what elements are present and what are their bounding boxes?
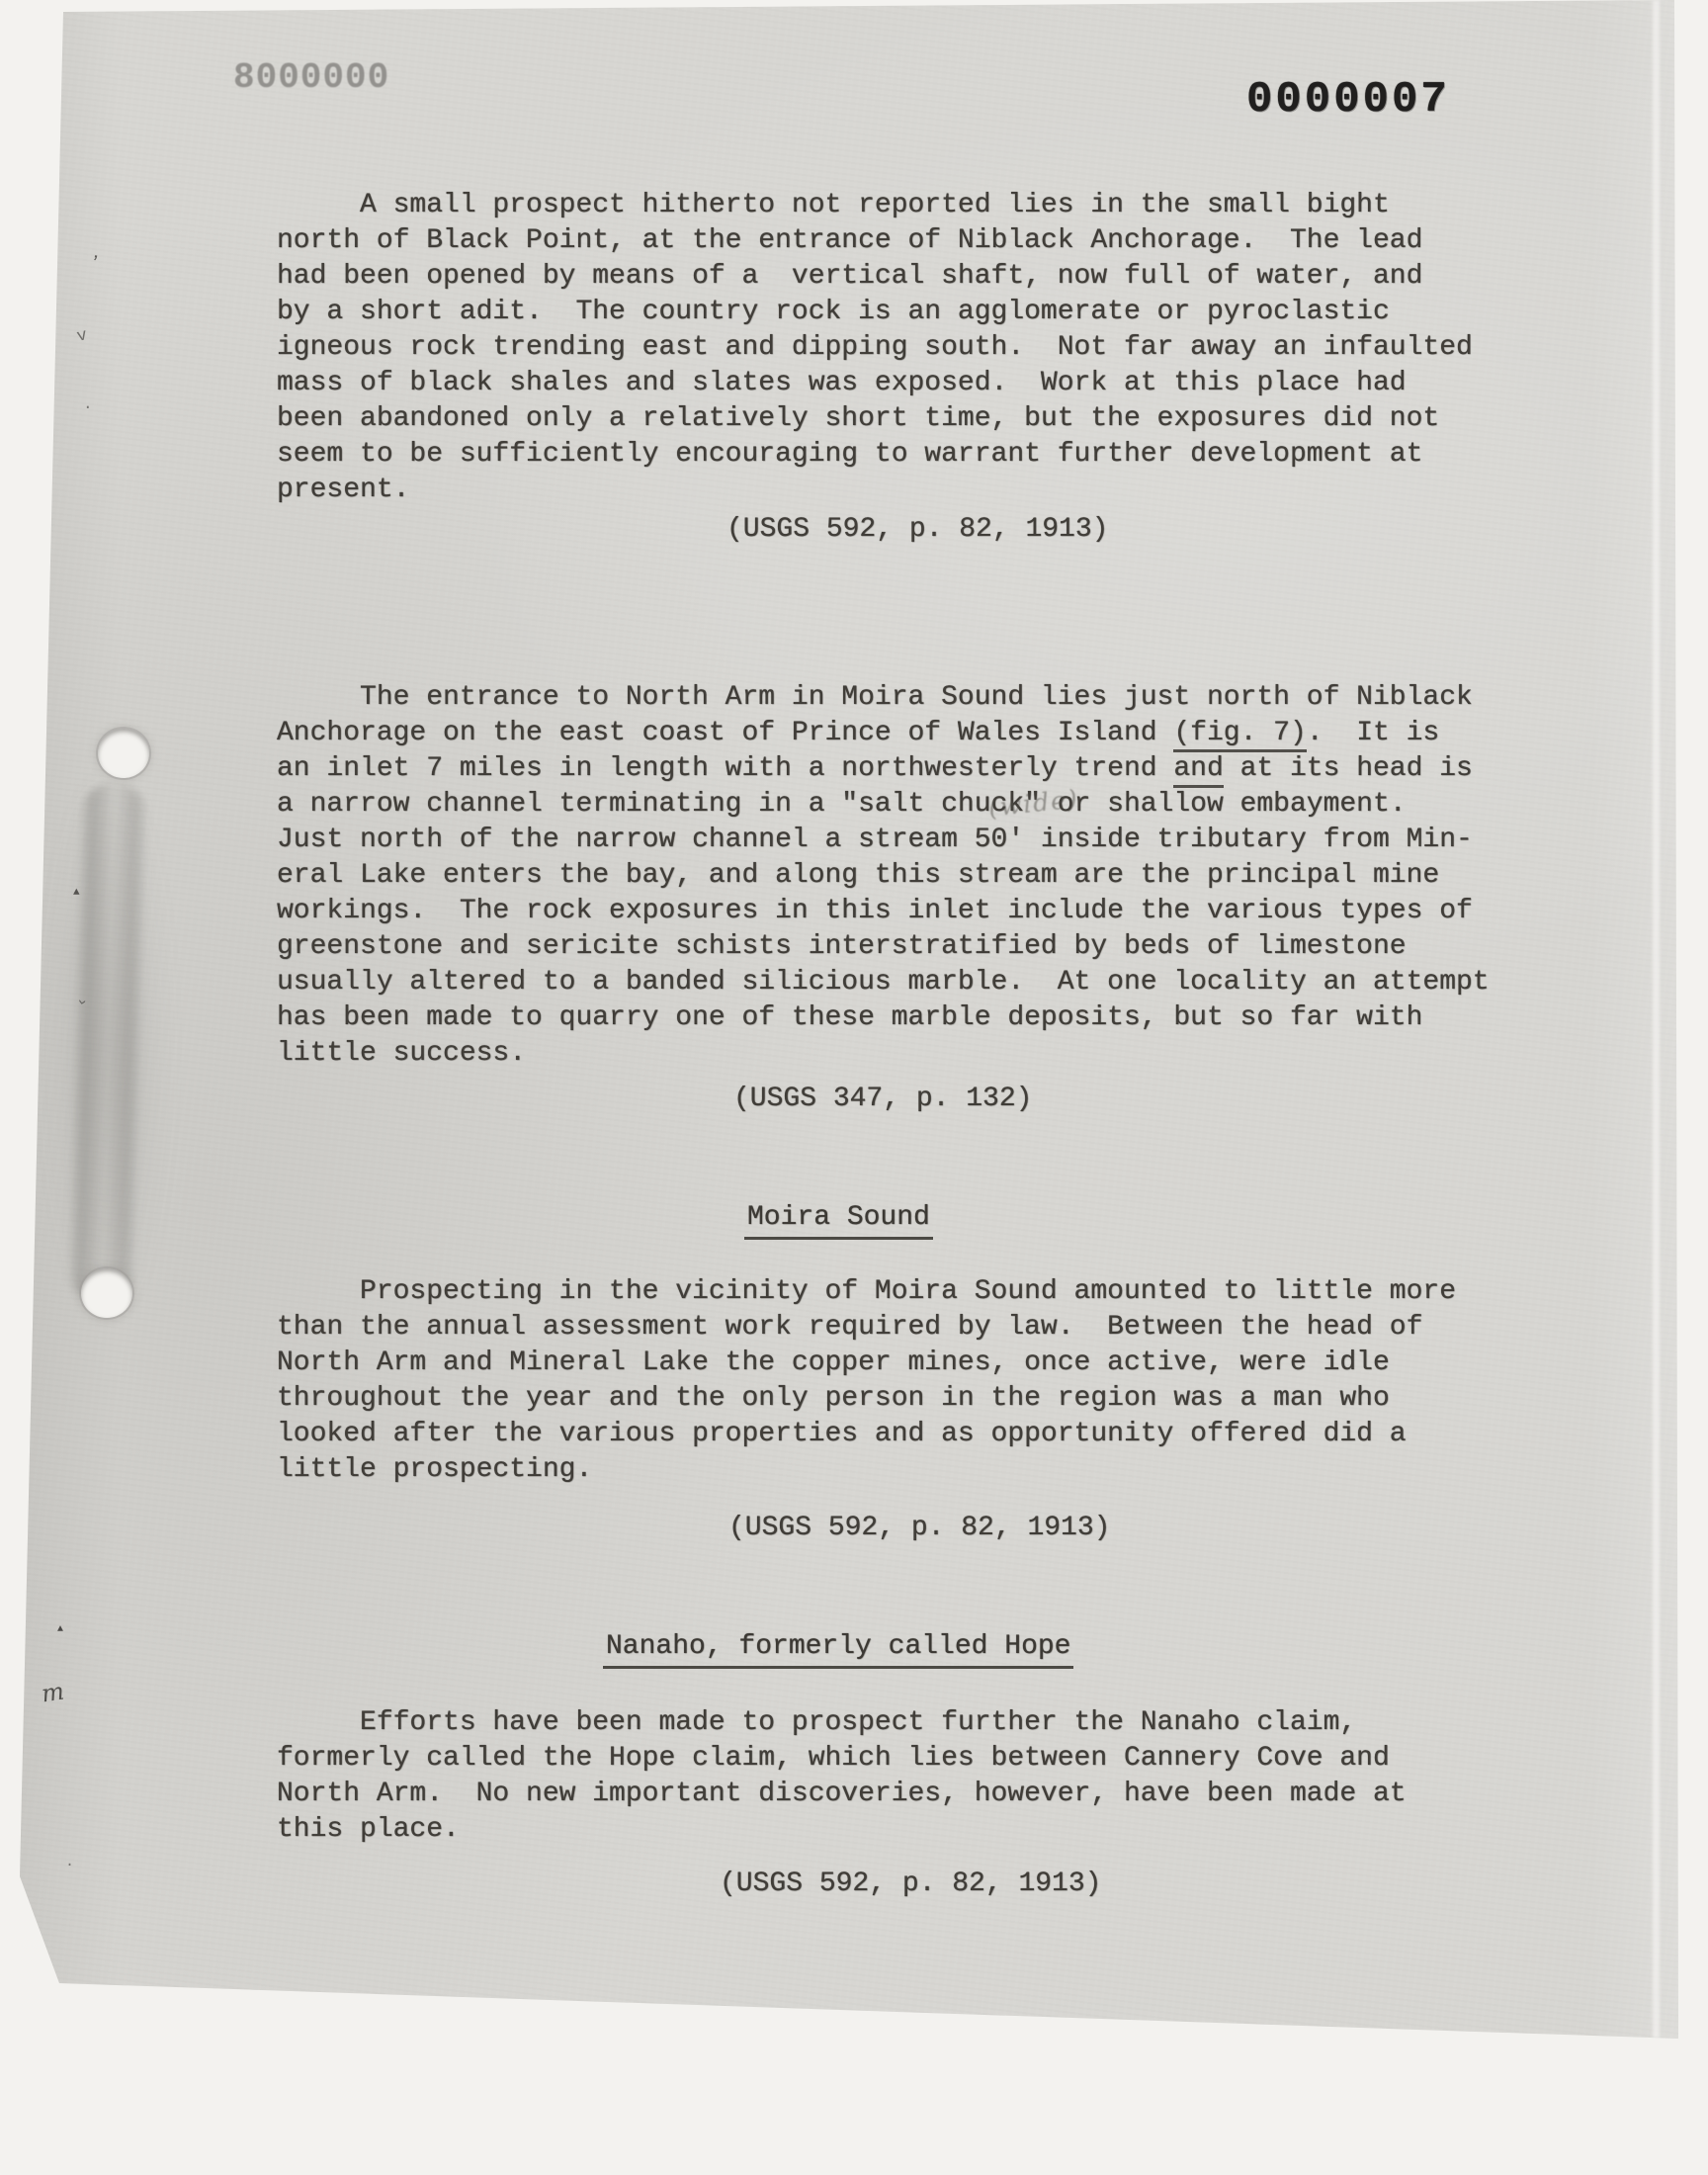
text-segment: Anchorage on the east coast of Prince of… [277, 718, 1173, 748]
text-line: Efforts have been made to prospect furth… [277, 1705, 1522, 1741]
text-line: eral Lake enters the bay, and along this… [277, 858, 1522, 894]
scanned-document-page: 8000000 0000007 A small prospect hithert… [0, 0, 1708, 2175]
text-segment: an inlet 7 miles in length with a northw… [277, 753, 1173, 784]
text-line: greenstone and sericite schists interstr… [277, 929, 1522, 965]
text-line: a narrow channel terminating in a "salt … [277, 787, 1522, 823]
section-heading-nanaho: Nanaho, formerly called Hope [603, 1631, 1073, 1669]
text-line: A small prospect hitherto not reported l… [277, 188, 1522, 223]
text-line: been abandoned only a relatively short t… [277, 401, 1522, 437]
text-line: formerly called the Hope claim, which li… [277, 1741, 1522, 1777]
punch-hole-top [98, 729, 149, 778]
citation-usgs-592-c: (USGS 592, p. 82, 1913) [720, 1869, 1101, 1899]
ink-mark: . [65, 1855, 74, 1870]
text-line: Just north of the narrow channel a strea… [277, 823, 1522, 858]
text-line: present. [277, 473, 1522, 508]
text-line: The entrance to North Arm in Moira Sound… [277, 680, 1522, 716]
binder-smudge-band [66, 782, 149, 1303]
ink-mark: ▲ [57, 1625, 63, 1635]
text-segment: at its head is [1224, 753, 1473, 784]
text-line: little success. [277, 1036, 1522, 1072]
text-line: north of Black Point, at the entrance of… [277, 223, 1522, 259]
text-line: has been made to quarry one of these mar… [277, 1000, 1522, 1036]
text-line: igneous rock trending east and dipping s… [277, 330, 1522, 366]
text-line: had been opened by means of a vertical s… [277, 259, 1522, 295]
citation-usgs-592-b: (USGS 592, p. 82, 1913) [728, 1513, 1110, 1543]
ink-mark: v [75, 327, 89, 346]
underlined-word: and [1173, 753, 1223, 788]
ink-mark-scribble: m [40, 1680, 65, 1706]
text-line: throughout the year and the only person … [277, 1381, 1522, 1417]
text-line: than the annual assessment work required… [277, 1310, 1522, 1346]
paragraph-nanaho-claim: Efforts have been made to prospect furth… [277, 1705, 1522, 1848]
text-line: North Arm. No new important discoveries,… [277, 1777, 1522, 1812]
text-line: little prospecting. [277, 1452, 1522, 1488]
text-line: this place. [277, 1812, 1522, 1848]
text-line: workings. The rock exposures in this inl… [277, 894, 1522, 929]
text-line: by a short adit. The country rock is an … [277, 295, 1522, 330]
paper-right-edge-highlight [1653, 0, 1660, 2039]
paper-sheet: 8000000 0000007 A small prospect hithert… [0, 0, 1708, 2175]
citation-usgs-347: (USGS 347, p. 132) [733, 1084, 1032, 1114]
text-line: North Arm and Mineral Lake the copper mi… [277, 1346, 1522, 1381]
ink-mark: ʼ [85, 254, 103, 279]
paragraph-moira-sound-prospecting: Prospecting in the vicinity of Moira Sou… [277, 1274, 1522, 1488]
text-segment: . It is [1307, 718, 1439, 748]
stamp-number-faint: 8000000 [233, 57, 389, 98]
stamp-number-dark: 0000007 [1246, 75, 1450, 125]
text-line: an inlet 7 miles in length with a northw… [277, 751, 1522, 787]
text-line: Prospecting in the vicinity of Moira Sou… [277, 1274, 1522, 1310]
text-line: looked after the various properties and … [277, 1417, 1522, 1452]
text-line: seem to be sufficiently encouraging to w… [277, 437, 1522, 473]
paragraph-black-point-prospect: A small prospect hitherto not reported l… [277, 188, 1522, 508]
text-line: usually altered to a banded silicious ma… [277, 965, 1522, 1000]
paragraph-north-arm-moira-sound: The entrance to North Arm in Moira Sound… [277, 680, 1522, 1072]
ink-mark: · [83, 399, 93, 415]
text-line: Anchorage on the east coast of Prince of… [277, 716, 1522, 751]
section-heading-moira-sound: Moira Sound [744, 1202, 933, 1240]
ink-mark: ▲ [73, 888, 80, 899]
citation-usgs-592-a: (USGS 592, p. 82, 1913) [726, 514, 1108, 545]
text-line: mass of black shales and slates was expo… [277, 366, 1522, 401]
punch-hole-bottom [81, 1268, 132, 1318]
underlined-figure-reference: (fig. 7) [1173, 718, 1306, 752]
